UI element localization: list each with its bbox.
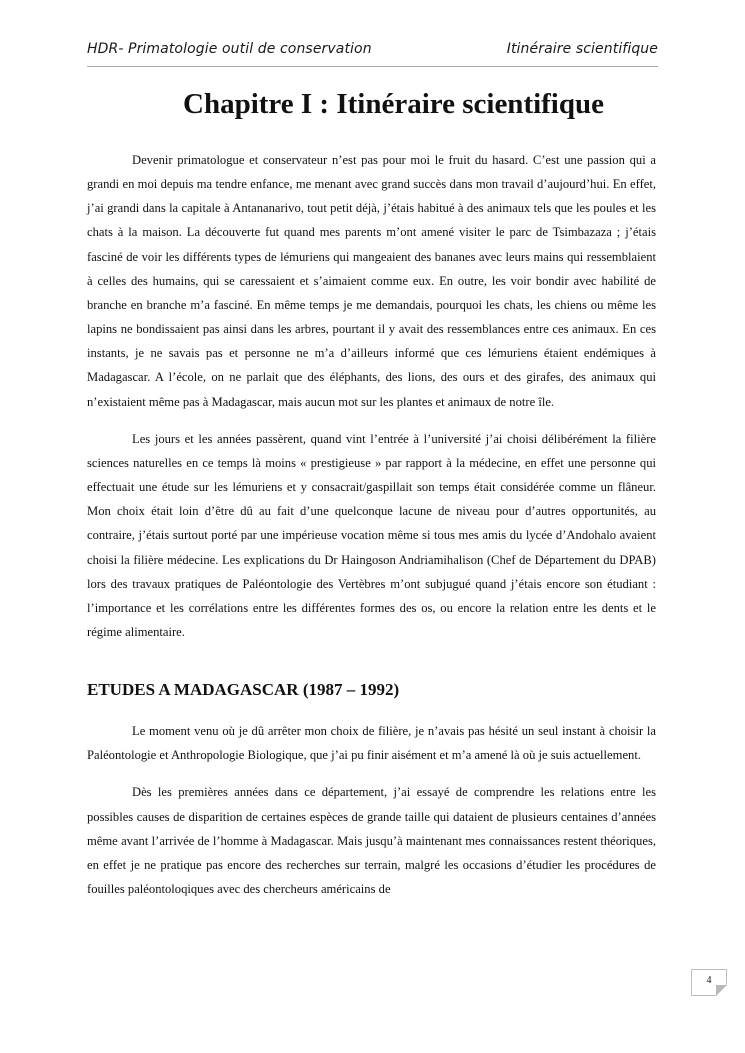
page-number: 4: [707, 975, 712, 986]
document-body: Devenir primatologue et conservateur n’e…: [87, 148, 656, 901]
section-paragraph: Dès les premières années dans ce départe…: [87, 780, 656, 901]
section-heading: ETUDES A MADAGASCAR (1987 – 1992): [87, 676, 656, 704]
header-section-title: Itinéraire scientifique: [507, 41, 658, 57]
body-paragraph: Devenir primatologue et conservateur n’e…: [87, 148, 656, 414]
chapter-title: Chapitre I : Itinéraire scientifique: [87, 84, 658, 124]
page-number-box: 4: [691, 969, 727, 996]
page-header: HDR- Primatologie outil de conservation …: [87, 41, 658, 67]
section-paragraph: Le moment venu où je dû arrêter mon choi…: [87, 719, 656, 767]
page-curl-icon: [716, 985, 727, 996]
body-paragraph: Les jours et les années passèrent, quand…: [87, 427, 656, 644]
header-document-title: HDR- Primatologie outil de conservation: [87, 41, 372, 57]
